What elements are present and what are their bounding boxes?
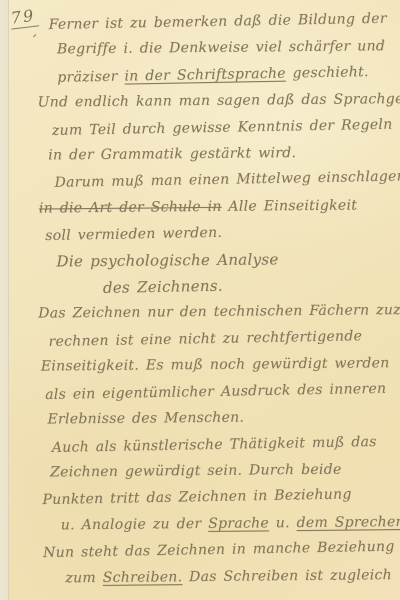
text-segment: Erlebnisse des Menschen. bbox=[47, 410, 244, 428]
page-edge bbox=[0, 0, 9, 600]
text-segment: Und endlich kann man sagen daß das Sprac… bbox=[38, 91, 400, 111]
text-segment: zum bbox=[65, 569, 102, 585]
manuscript-line: Erlebnisse des Menschen. bbox=[47, 403, 393, 433]
text-segment: Punkten tritt das Zeichnen in Beziehung bbox=[42, 487, 351, 509]
text-segment: Nun steht das Zeichnen in manche Beziehu… bbox=[43, 539, 395, 561]
text-segment: soll vermieden werden. bbox=[45, 225, 222, 244]
text-segment: Alle Einseitigkeit bbox=[222, 197, 358, 214]
underlined-phrase: Schreiben. bbox=[103, 569, 183, 586]
text-segment: präziser bbox=[57, 68, 124, 85]
text-segment: in der Grammatik gestärkt wird. bbox=[48, 145, 296, 163]
text-segment: Zeichnen gewürdigt sein. Durch beide bbox=[50, 462, 342, 481]
text-segment: des Zeichnens. bbox=[103, 277, 223, 297]
text-segment: als ein eigentümlicher Ausdruck des inne… bbox=[45, 380, 386, 402]
text-segment: u. bbox=[269, 515, 297, 531]
underlined-phrase: dem Sprechen. bbox=[296, 514, 400, 531]
text-segment: Das Zeichnen nur den technischen Fächern… bbox=[38, 302, 400, 322]
manuscript-line: zum Schreiben. Das Schreiben ist zugleic… bbox=[65, 562, 395, 592]
underlined-phrase: in der Schriftsprache bbox=[124, 65, 286, 84]
text-segment: Begriffe i. die Denkweise viel schärfer … bbox=[57, 39, 385, 58]
manuscript-page: 79 ‚ Ferner ist zu bemerken daß die Bild… bbox=[0, 0, 400, 600]
text-segment: rechnen ist eine nicht zu rechtfertigend… bbox=[48, 328, 362, 350]
text-segment: Darum muß man einen Mittelweg einschlage… bbox=[54, 169, 400, 191]
text-segment: u. Analogie zu der bbox=[61, 516, 209, 533]
text-segment: Einseitigkeit. Es muß noch gewürdigt wer… bbox=[41, 355, 390, 374]
text-segment: Ferner ist zu bemerken daß die Bildung d… bbox=[48, 11, 386, 33]
text-segment: Die psychologische Analyse bbox=[56, 250, 278, 270]
text-segment: geschieht. bbox=[286, 64, 369, 82]
text-segment: Auch als künstlerische Thätigkeit muß da… bbox=[52, 433, 377, 455]
text-segment: Das Schreiben ist zugleich bbox=[182, 567, 392, 585]
manuscript-text: Ferner ist zu bemerken daß die Bildung d… bbox=[10, 7, 395, 593]
struck-phrase: in die Art der Schule in bbox=[39, 199, 222, 217]
text-segment: zum Teil durch gewisse Kenntnis der Rege… bbox=[52, 116, 393, 138]
underlined-phrase: Sprache bbox=[208, 515, 269, 532]
